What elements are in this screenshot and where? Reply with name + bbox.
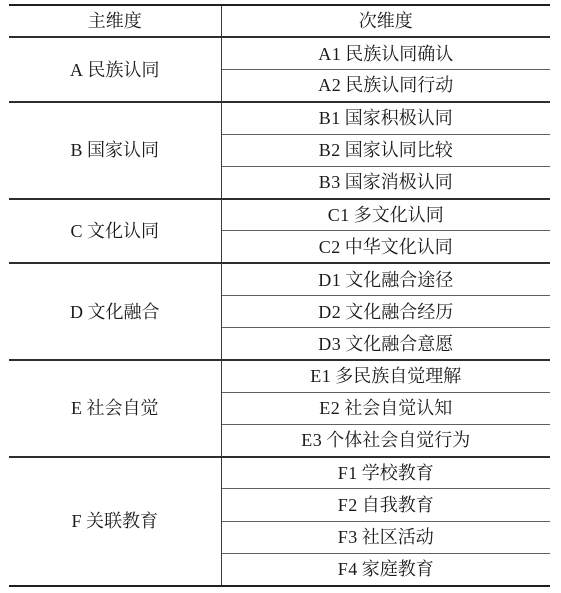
sub-dimension-cell: E1多民族自觉理解 [221, 360, 550, 392]
sub-dimension-name: 中华文化认同 [345, 237, 453, 257]
table-row: F关联教育 F1学校教育 [9, 457, 550, 489]
main-dimension-code: C [70, 221, 83, 241]
main-dimension-code: F [71, 511, 82, 531]
sub-dimension-code: E2 [319, 398, 340, 418]
main-dimension-cell: F关联教育 [9, 457, 221, 586]
table-header-row: 主维度 次维度 [9, 5, 550, 37]
main-dimension-code: D [70, 302, 84, 322]
main-dimension-cell: B国家认同 [9, 102, 221, 199]
sub-dimension-code: B1 [319, 108, 341, 128]
sub-dimension-cell: D2文化融合经历 [221, 295, 550, 327]
sub-dimension-cell: F4家庭教育 [221, 554, 550, 586]
sub-dimension-code: B2 [319, 140, 341, 160]
sub-dimension-name: 社会自觉认知 [344, 398, 452, 418]
sub-dimension-name: 学校教育 [362, 463, 434, 483]
sub-dimension-cell: B3国家消极认同 [221, 166, 550, 198]
sub-dimension-name: 民族认同行动 [345, 75, 453, 95]
sub-dimension-code: E3 [301, 430, 322, 450]
table-row: A民族认同 A1民族认同确认 [9, 37, 550, 69]
sub-dimension-code: B3 [319, 172, 341, 192]
dimension-table: 主维度 次维度 A民族认同 A1民族认同确认 A2民族认同行动 B国家认同 B1… [9, 4, 550, 587]
main-dimension-name: 民族认同 [88, 60, 160, 80]
sub-dimension-cell: C2中华文化认同 [221, 231, 550, 263]
main-dimension-code: B [70, 140, 83, 160]
sub-dimension-code: A2 [318, 75, 341, 95]
sub-dimension-name: 个体社会自觉行为 [326, 430, 470, 450]
main-dimension-cell: A民族认同 [9, 37, 221, 102]
sub-dimension-code: C1 [328, 205, 350, 225]
table-row: C文化认同 C1多文化认同 [9, 199, 550, 231]
main-dimension-cell: D文化融合 [9, 263, 221, 360]
main-dimension-name: 文化融合 [88, 302, 160, 322]
main-dimension-name: 关联教育 [86, 511, 158, 531]
sub-dimension-name: 国家认同比较 [345, 140, 453, 160]
sub-dimension-name: 自我教育 [362, 495, 434, 515]
sub-dimension-code: F3 [338, 527, 358, 547]
sub-dimension-cell: F2自我教育 [221, 489, 550, 521]
sub-dimension-cell: D3文化融合意愿 [221, 328, 550, 360]
sub-dimension-name: 家庭教育 [362, 559, 434, 579]
sub-dimension-code: D2 [318, 302, 341, 322]
main-dimension-cell: E社会自觉 [9, 360, 221, 457]
sub-dimension-name: 社区活动 [362, 527, 434, 547]
main-dimension-name: 文化认同 [87, 221, 159, 241]
sub-dimension-code: F4 [338, 559, 358, 579]
sub-dimension-cell: F3社区活动 [221, 521, 550, 553]
main-dimension-code: E [71, 398, 83, 418]
sub-dimension-cell: B1国家积极认同 [221, 102, 550, 134]
sub-dimension-cell: B2国家认同比较 [221, 134, 550, 166]
sub-dimension-name: 多民族自觉理解 [335, 366, 461, 386]
main-dimension-name: 国家认同 [87, 140, 159, 160]
main-dimension-header: 主维度 [9, 5, 221, 37]
sub-dimension-name: 国家消极认同 [345, 172, 453, 192]
sub-dimension-name: 多文化认同 [354, 205, 444, 225]
sub-dimension-cell: F1学校教育 [221, 457, 550, 489]
sub-dimension-name: 文化融合意愿 [345, 334, 453, 354]
table-row: B国家认同 B1国家积极认同 [9, 102, 550, 134]
sub-dimension-code: D3 [318, 334, 341, 354]
sub-dimension-cell: A2民族认同行动 [221, 70, 550, 102]
sub-dimension-name: 国家积极认同 [345, 108, 453, 128]
sub-dimension-cell: A1民族认同确认 [221, 37, 550, 69]
sub-dimension-name: 文化融合经历 [345, 302, 453, 322]
table-row: E社会自觉 E1多民族自觉理解 [9, 360, 550, 392]
sub-dimension-code: F1 [338, 463, 358, 483]
sub-dimension-name: 文化融合途径 [345, 270, 453, 290]
sub-dimension-code: C2 [319, 237, 341, 257]
main-dimension-code: A [70, 60, 84, 80]
sub-dimension-code: A1 [318, 44, 341, 64]
main-dimension-name: 社会自觉 [87, 398, 159, 418]
sub-dimension-cell: D1文化融合途径 [221, 263, 550, 295]
sub-dimension-cell: E3个体社会自觉行为 [221, 424, 550, 456]
sub-dimension-header: 次维度 [221, 5, 550, 37]
sub-dimension-code: F2 [338, 495, 358, 515]
table-row: D文化融合 D1文化融合途径 [9, 263, 550, 295]
main-dimension-cell: C文化认同 [9, 199, 221, 264]
sub-dimension-code: D1 [318, 270, 341, 290]
sub-dimension-cell: E2社会自觉认知 [221, 392, 550, 424]
sub-dimension-cell: C1多文化认同 [221, 199, 550, 231]
sub-dimension-code: E1 [310, 366, 331, 386]
sub-dimension-name: 民族认同确认 [345, 44, 453, 64]
